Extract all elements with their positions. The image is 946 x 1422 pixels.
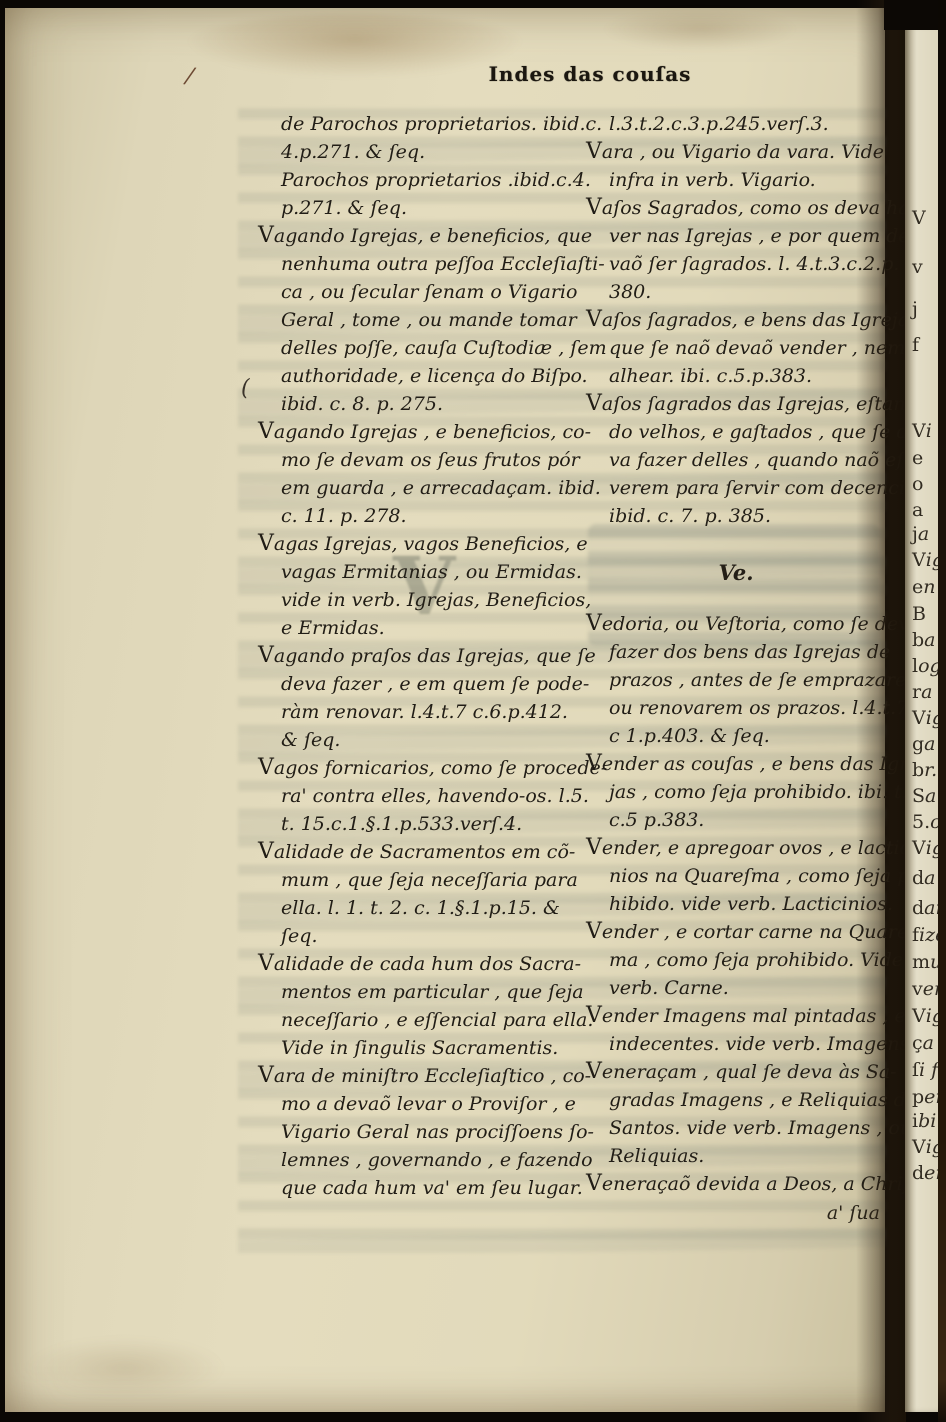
index-line: vagas Ermitanias , ou Ermidas. — [258, 558, 588, 586]
running-header: Indes das couſas — [310, 62, 870, 86]
index-line: ver nas Igrejas , e por quem de- — [586, 222, 882, 250]
next-page-line-fragment: ibi c — [912, 1110, 938, 1132]
next-page-line-fragment: Vi — [912, 420, 932, 442]
index-line: hibido. vide verb. Lacticinios. — [586, 890, 882, 918]
next-page-edge: VvjfVieoajaVigenBbalograViggabr.Sa5.cVig… — [905, 26, 938, 1412]
next-page-line-fragment: Vig — [912, 549, 938, 571]
index-line: Vara , ou Vigario da vara. Vide — [586, 138, 882, 166]
next-page-line-fragment: e — [912, 447, 923, 469]
index-line: Vedoria, ou Veſtoria, como ſe deva — [586, 610, 882, 638]
index-line: alhear. ibi. c.5.p.383. — [586, 362, 882, 390]
index-line: delles poſſe, cauſa Cuſtodiæ , ſem — [258, 334, 588, 362]
next-page-line-fragment: o — [912, 473, 923, 495]
index-line: do velhos, e gaſtados , que ſe de- — [586, 418, 882, 446]
index-line: Vara de miniſtro Eccleſiaſtico , co- — [258, 1062, 588, 1090]
next-page-line-fragment: v — [912, 256, 923, 278]
index-line: mo a devaõ levar o Proviſor , e — [258, 1090, 588, 1118]
next-page-line-fragment: fize — [912, 924, 938, 946]
index-line: ibid. c. 7. p. 385. — [586, 502, 882, 530]
index-column-right-bottom: Vedoria, ou Veſtoria, como ſe devafazer … — [586, 610, 882, 1198]
next-page-line-fragment: Vig — [912, 707, 938, 729]
index-line: p.271. & ſeq. — [258, 194, 588, 222]
index-line: Veneraçaõ devida a Deos, a Chriſto, — [586, 1170, 882, 1198]
next-page-line-fragment: ſi fa — [912, 1059, 938, 1081]
section-heading-ve: Ve. — [586, 560, 886, 585]
index-line: fazer dos bens das Igrejas de — [586, 638, 882, 666]
paper-stain — [605, 8, 795, 50]
index-column-right-top: l.3.t.2.c.3.p.245.verſ.3.Vara , ou Vigar… — [586, 110, 882, 530]
index-line: infra in verb. Vigario. — [586, 166, 882, 194]
index-line: c 1.p.403. & ſeq. — [586, 722, 882, 750]
next-page-line-fragment: log — [912, 655, 938, 677]
index-line: em guarda , e arrecadaçam. ibid. — [258, 474, 588, 502]
next-page-line-fragment: Viga — [912, 837, 938, 859]
index-line: neceſſario , e eſſencial para ella. — [258, 1006, 588, 1034]
catchword: a' ſua — [640, 1202, 880, 1224]
index-line: nenhuma outra peſſoa Eccleſiaſti- — [258, 250, 588, 278]
index-line: ràm renovar. l.4.t.7 c.6.p.412. — [258, 698, 588, 726]
index-line: ou renovarem os prazos. l.4.t.7. — [586, 694, 882, 722]
index-line: ibid. c. 8. p. 275. — [258, 390, 588, 418]
index-line: Validade de Sacramentos em cõ- — [258, 838, 588, 866]
next-page-line-fragment: a — [912, 499, 923, 521]
next-page-line-fragment: mu — [912, 951, 938, 973]
index-line: ra' contra elles, havendo-os. l.5. — [258, 782, 588, 810]
index-line: gradas Imagens , e Reliquias dos — [586, 1086, 882, 1114]
next-page-line-fragment: da — [912, 867, 936, 889]
next-page-line-fragment: j — [912, 298, 918, 320]
next-page-line-fragment: der — [912, 1162, 938, 1184]
index-line: Validade de cada hum dos Sacra- — [258, 950, 588, 978]
index-line: Vender , e cortar carne na Quareſ- — [586, 918, 882, 946]
next-page-line-fragment: ver — [912, 978, 938, 1000]
index-line: lemnes , governando , e fazendo — [258, 1146, 588, 1174]
index-line: Vaſos Sagrados, como os deva ha- — [586, 194, 882, 222]
index-line: mum , que ſeja neceſſaria para — [258, 866, 588, 894]
paper-stain — [25, 1338, 225, 1398]
index-line: & ſeq. — [258, 726, 588, 754]
index-line: ca , ou ſecular ſenam o Vigario — [258, 278, 588, 306]
index-line: t. 15.c.1.§.1.p.533.verſ.4. — [258, 810, 588, 838]
index-line: va fazer delles , quando naõ eſti- — [586, 446, 882, 474]
margin-ink-mark: ( — [241, 376, 250, 401]
book-page-scan: Indes das couſas / ( V de Parochos propr… — [0, 0, 946, 1422]
index-line: ella. l. 1. t. 2. c. 1.§.1.p.15. & — [258, 894, 588, 922]
index-line: Vaſos ſagrados das Igrejas, eſtan- — [586, 390, 882, 418]
index-line: prazos , antes de ſe emprazarem, — [586, 666, 882, 694]
next-page-line-fragment: V — [912, 207, 926, 229]
index-line: nios na Quareſma , como ſeja pro- — [586, 862, 882, 890]
index-line: Vigario Geral nas prociſſoens ſo- — [258, 1118, 588, 1146]
index-column-left: de Parochos proprietarios. ibid.c.4.p.27… — [258, 110, 588, 1202]
index-line: de Parochos proprietarios. ibid.c. — [258, 110, 588, 138]
index-line: l.3.t.2.c.3.p.245.verſ.3. — [586, 110, 882, 138]
next-page-line-fragment: Viga — [912, 1005, 938, 1027]
index-line: Vender, e apregoar ovos , e lactici- — [586, 834, 882, 862]
index-line: jas , como ſeja prohibido. ibi. t.3. — [586, 778, 882, 806]
index-line: que cada hum va' em ſeu lugar. — [258, 1174, 588, 1202]
index-line: Santos. vide verb. Imagens , ou — [586, 1114, 882, 1142]
next-page-line-fragment: Vigar — [912, 1136, 938, 1158]
next-page-line-fragment: ja — [912, 523, 929, 545]
next-page-line-fragment: Sa — [912, 785, 936, 807]
next-page-line-fragment: ra — [912, 681, 932, 703]
next-page-line-fragment: dar — [912, 897, 938, 919]
index-line: Vender Imagens mal pintadas , e — [586, 1002, 882, 1030]
index-line: indecentes. vide verb. Imagens. — [586, 1030, 882, 1058]
photo-corner-shadow — [884, 0, 946, 30]
index-line: vide in verb. Igrejas, Beneficios, — [258, 586, 588, 614]
index-line: verb. Carne. — [586, 974, 882, 1002]
index-line: mo ſe devam os ſeus frutos pór — [258, 446, 588, 474]
index-line: deva fazer , e em quem ſe pode- — [258, 670, 588, 698]
index-line: e Ermidas. — [258, 614, 588, 642]
next-page-line-fragment: f — [912, 334, 919, 356]
index-line: Veneraçam , qual ſe deva às Sa- — [586, 1058, 882, 1086]
index-line: ſeq. — [258, 922, 588, 950]
book-edge-band — [938, 0, 946, 1422]
index-line: Vagas Igrejas, vagos Beneficios, e — [258, 530, 588, 558]
index-line: Vide in ſingulis Sacramentis. — [258, 1034, 588, 1062]
index-line: Vender as couſas , e bens das Igre- — [586, 750, 882, 778]
index-line: verem para ſervir com decencia. — [586, 474, 882, 502]
index-line: Vagando praſos das Igrejas, que ſe — [258, 642, 588, 670]
index-line: 380. — [586, 278, 882, 306]
index-line: Vagos fornicarios, como ſe procede- — [258, 754, 588, 782]
index-line: Reliquias. — [586, 1142, 882, 1170]
next-page-line-fragment: br. — [912, 759, 937, 781]
index-line: c. 11. p. 278. — [258, 502, 588, 530]
index-line: mentos em particular , que ſeja — [258, 978, 588, 1006]
index-line: ma , como ſeja prohibido. Vide — [586, 946, 882, 974]
index-line: que ſe naõ devaõ vender , nem — [586, 334, 882, 362]
next-page-line-fragment: 5.c — [912, 811, 938, 833]
next-page-line-fragment: ga — [912, 733, 936, 755]
index-line: vaõ ſer ſagrados. l. 4.t.3.c.2.p. — [586, 250, 882, 278]
index-line: c.5 p.383. — [586, 806, 882, 834]
next-page-line-fragment: B — [912, 603, 926, 625]
next-page-line-fragment: en — [912, 576, 936, 598]
next-page-line-fragment: perg — [912, 1086, 938, 1108]
next-page-line-fragment: ba — [912, 629, 936, 651]
index-line: 4.p.271. & ſeq. — [258, 138, 588, 166]
index-line: Vagando Igrejas , e beneficios, co- — [258, 418, 588, 446]
index-line: Parochos proprietarios .ibid.c.4. — [258, 166, 588, 194]
index-line: Geral , tome , ou mande tomar — [258, 306, 588, 334]
index-line: Vaſos ſagrados, e bens das Igrejas, — [586, 306, 882, 334]
index-line: Vagando Igrejas, e beneficios, que — [258, 222, 588, 250]
index-line: authoridade, e licença do Biſpo. — [258, 362, 588, 390]
next-page-line-fragment: ça a — [912, 1032, 938, 1054]
